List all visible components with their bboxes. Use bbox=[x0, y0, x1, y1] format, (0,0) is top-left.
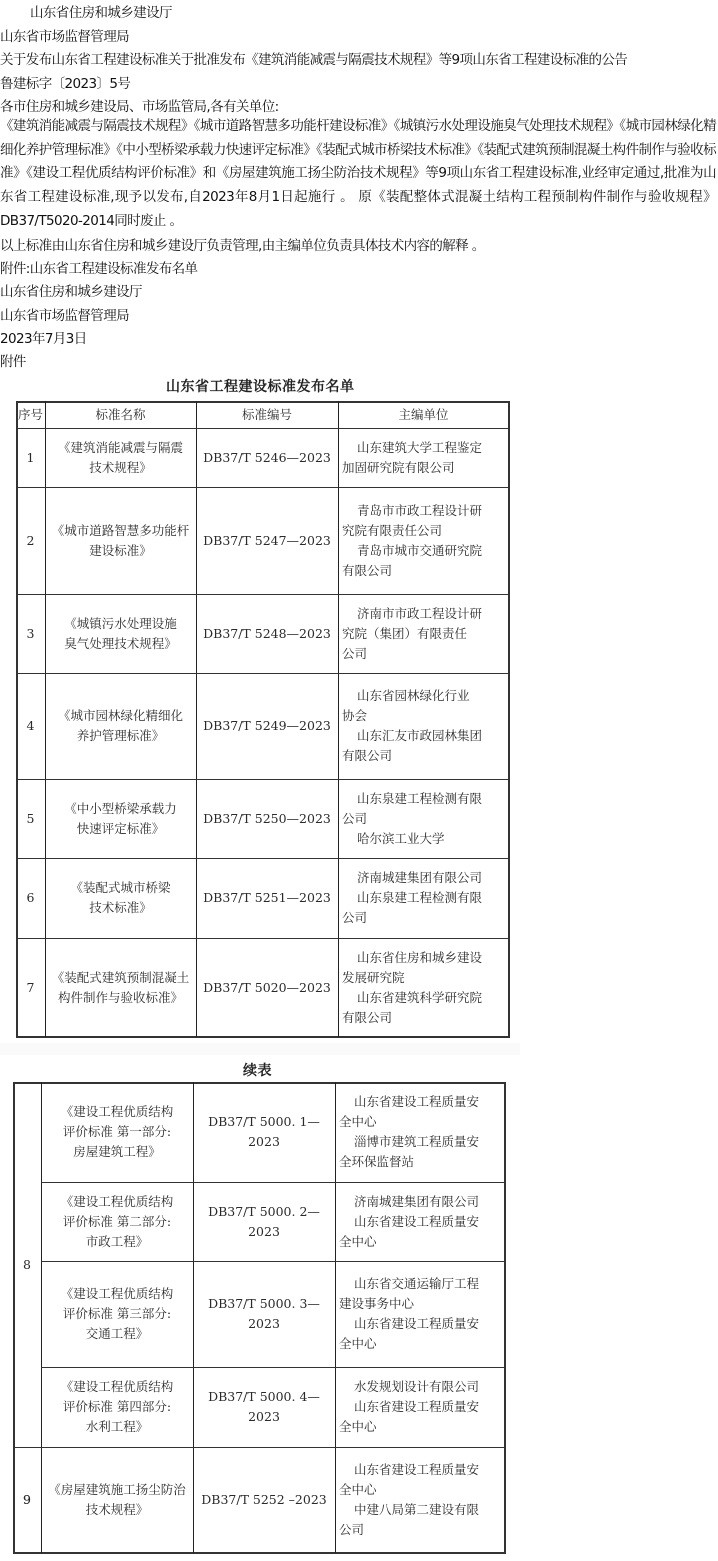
cell-standard-code: DB37/T 5249—2023 bbox=[196, 673, 338, 779]
cell-editor-unit: 山东建筑大学工程鉴定加固研究院有限公司 bbox=[338, 428, 509, 487]
row-divider bbox=[13, 1447, 505, 1448]
org-line: 中建八局第二建设有限 bbox=[339, 1500, 502, 1520]
org-line: 全环保监督站 bbox=[339, 1152, 502, 1172]
org-line: 全中心 bbox=[339, 1334, 502, 1354]
cell-standard-name: 《建设工程优质结构评价标准 第三部分:交通工程》 bbox=[41, 1261, 193, 1367]
cell-standard-name: 《建设工程优质结构评价标准 第一部分:房屋建筑工程》 bbox=[41, 1082, 193, 1182]
org-line: 有限公司 bbox=[342, 1008, 506, 1028]
standard-name-line: 《建设工程优质结构 bbox=[61, 1377, 174, 1397]
org-line: 公司 bbox=[339, 1520, 502, 1540]
standard-name-line: 交通工程》 bbox=[61, 1324, 174, 1344]
issue-date: 2023年7月3日 bbox=[0, 331, 87, 347]
org-line: 加固研究院有限公司 bbox=[342, 458, 506, 478]
cell-standard-code: DB37/T 5246—2023 bbox=[196, 428, 338, 487]
cell-editor-unit: 济南城建集团有限公司山东省建设工程质量安全中心 bbox=[335, 1182, 505, 1261]
org-list: 山东省交通运输厅工程建设事务中心山东省建设工程质量安全中心 bbox=[339, 1274, 502, 1354]
standard-name-line: 建设标准》 bbox=[52, 541, 190, 561]
standard-name-line: 评价标准 第二部分: bbox=[61, 1212, 174, 1232]
org-line: 山东省交通运输厅工程 bbox=[339, 1274, 502, 1294]
org-line: 究院（集团）有限责任 bbox=[342, 624, 506, 644]
cell-editor-unit: 山东省住房和城乡建设发展研究院山东省建筑科学研究院有限公司 bbox=[338, 938, 509, 1037]
cell-number: 2 bbox=[16, 487, 45, 594]
cell-standard-code: DB37/T 5000. 1—2023 bbox=[193, 1082, 335, 1182]
org-list: 济南城建集团有限公司山东省建设工程质量安全中心 bbox=[339, 1192, 502, 1252]
signature-issuer-1: 山东省住房和城乡建设厅 bbox=[0, 284, 142, 300]
standard-name-line: 《建设工程优质结构 bbox=[61, 1192, 174, 1212]
org-list: 山东省园林绿化行业协会山东汇友市政园林集团有限公司 bbox=[342, 686, 506, 766]
standard-name-line: 养护管理标准》 bbox=[58, 726, 183, 746]
table-title: 山东省工程建设标准发布名单 bbox=[166, 376, 355, 396]
cell-editor-unit: 济南市市政工程设计研究院（集团）有限责任公司 bbox=[338, 594, 509, 673]
org-line: 全中心 bbox=[339, 1232, 502, 1252]
org-line: 公司 bbox=[342, 644, 506, 664]
standard-name-line: 《建筑消能减震与隔震 bbox=[58, 438, 183, 458]
standard-name-line: 《装配式建筑预制混凝土 bbox=[52, 968, 190, 988]
cell-number: 3 bbox=[16, 594, 45, 673]
cell-standard-code: DB37/T 5000. 4—2023 bbox=[193, 1367, 335, 1447]
standard-name-line: 房屋建筑工程》 bbox=[61, 1142, 174, 1162]
cell-number: 4 bbox=[16, 673, 45, 779]
cell-editor-unit: 水发规划设计有限公司山东省建设工程质量安全中心 bbox=[335, 1367, 505, 1447]
org-line: 有限公司 bbox=[342, 561, 506, 581]
cell-standard-code: DB37/T 5020—2023 bbox=[196, 938, 338, 1037]
cell-standard-code: DB37/T 5000. 3—2023 bbox=[193, 1261, 335, 1367]
org-line: 山东泉建工程检测有限 bbox=[342, 888, 506, 908]
cell-number: 1 bbox=[16, 428, 45, 487]
org-line: 发展研究院 bbox=[342, 968, 506, 988]
cell-standard-code: DB37/T 5252 –2023 bbox=[193, 1447, 335, 1553]
standard-name-line: 《装配式城市桥梁 bbox=[70, 878, 170, 898]
cell-number-merged: 8 bbox=[13, 1082, 41, 1447]
cell-standard-name: 《建设工程优质结构评价标准 第四部分:水利工程》 bbox=[41, 1367, 193, 1447]
org-line: 公司 bbox=[342, 908, 506, 928]
cell-editor-unit: 济南城建集团有限公司山东泉建工程检测有限公司 bbox=[338, 858, 509, 938]
org-list: 山东省建设工程质量安全中心淄博市建筑工程质量安全环保监督站 bbox=[339, 1092, 502, 1172]
org-line: 协会 bbox=[342, 706, 506, 726]
salutation: 各市住房和城乡建设局、市场监管局,各有关单位: bbox=[0, 99, 279, 115]
org-list: 山东省住房和城乡建设发展研究院山东省建筑科学研究院有限公司 bbox=[342, 948, 506, 1028]
standard-name-line: 评价标准 第一部分: bbox=[61, 1122, 174, 1142]
standard-name-line: 市政工程》 bbox=[61, 1232, 174, 1252]
org-line: 山东省园林绿化行业 bbox=[342, 686, 506, 706]
org-line: 全中心 bbox=[339, 1112, 502, 1132]
cell-editor-unit: 山东省园林绿化行业协会山东汇友市政园林集团有限公司 bbox=[338, 673, 509, 779]
org-line: 山东省建设工程质量安 bbox=[339, 1092, 502, 1112]
cell-editor-unit: 山东省建设工程质量安全中心淄博市建筑工程质量安全环保监督站 bbox=[335, 1082, 505, 1182]
org-line: 济南市市政工程设计研 bbox=[342, 604, 506, 624]
standard-name-line: 臭气处理技术规程》 bbox=[64, 634, 177, 654]
cell-standard-name: 《装配式建筑预制混凝土构件制作与验收标准》 bbox=[45, 938, 196, 1037]
org-line: 全中心 bbox=[339, 1417, 502, 1437]
table-header-cell: 主编单位 bbox=[338, 401, 509, 428]
table-header-cell: 序号 bbox=[16, 401, 45, 428]
management-paragraph: 以上标准由山东省住房和城乡建设厅负责管理,由主编单位负责具体技术内容的解释 。 bbox=[0, 238, 485, 254]
cell-standard-name: 《城市园林绿化精细化养护管理标准》 bbox=[45, 673, 196, 779]
cell-editor-unit: 青岛市市政工程设计研究院有限责任公司青岛市城市交通研究院有限公司 bbox=[338, 487, 509, 594]
org-line: 有限公司 bbox=[342, 746, 506, 766]
cell-standard-name: 《装配式城市桥梁技术标准》 bbox=[45, 858, 196, 938]
org-line: 建设事务中心 bbox=[339, 1294, 502, 1314]
signature-issuer-2: 山东省市场监督管理局 bbox=[0, 308, 129, 324]
page-separator bbox=[0, 1043, 520, 1055]
standard-name-line: 《建设工程优质结构 bbox=[61, 1102, 174, 1122]
standard-name-line: 快速评定标准》 bbox=[64, 819, 177, 839]
org-line: 山东汇友市政园林集团 bbox=[342, 726, 506, 746]
cell-number: 7 bbox=[16, 938, 45, 1037]
org-list: 山东省建设工程质量安全中心中建八局第二建设有限公司 bbox=[339, 1460, 502, 1540]
cell-editor-unit: 山东泉建工程检测有限公司哈尔滨工业大学 bbox=[338, 779, 509, 858]
standard-name-line: 《城镇污水处理设施 bbox=[64, 614, 177, 634]
org-line: 全中心 bbox=[339, 1480, 502, 1500]
org-line: 哈尔滨工业大学 bbox=[342, 829, 506, 849]
standard-name-line: 《房屋建筑施工扬尘防治 bbox=[48, 1480, 186, 1500]
org-line: 水发规划设计有限公司 bbox=[339, 1377, 502, 1397]
table-header-cell: 标准名称 bbox=[45, 401, 196, 428]
org-line: 山东建筑大学工程鉴定 bbox=[342, 438, 506, 458]
org-line: 山东省建设工程质量安 bbox=[339, 1397, 502, 1417]
org-list: 济南市市政工程设计研究院（集团）有限责任公司 bbox=[342, 604, 506, 664]
standard-name-line: 《城市道路智慧多功能杆 bbox=[52, 521, 190, 541]
org-line: 淄博市建筑工程质量安 bbox=[339, 1132, 502, 1152]
cell-standard-code: DB37/T 5247—2023 bbox=[196, 487, 338, 594]
org-line: 山东省建设工程质量安 bbox=[339, 1212, 502, 1232]
standard-name-line: 技术标准》 bbox=[70, 898, 170, 918]
org-list: 水发规划设计有限公司山东省建设工程质量安全中心 bbox=[339, 1377, 502, 1437]
announcement-body-paragraph: 《建筑消能减震与隔震技术规程》《城市道路智慧多功能杆建设标准》《城镇污水处理设施… bbox=[0, 115, 716, 234]
standard-name-line: 水利工程》 bbox=[61, 1417, 174, 1437]
standard-name-line: 评价标准 第三部分: bbox=[61, 1304, 174, 1324]
cell-standard-code: DB37/T 5000. 2—2023 bbox=[193, 1182, 335, 1261]
cell-standard-name: 《建筑消能减震与隔震技术规程》 bbox=[45, 428, 196, 487]
org-line: 山东省建设工程质量安 bbox=[339, 1314, 502, 1334]
org-line: 公司 bbox=[342, 809, 506, 829]
cell-number: 6 bbox=[16, 858, 45, 938]
org-list: 济南城建集团有限公司山东泉建工程检测有限公司 bbox=[342, 868, 506, 928]
cell-standard-code: DB37/T 5250—2023 bbox=[196, 779, 338, 858]
cell-standard-name: 《中小型桥梁承载力快速评定标准》 bbox=[45, 779, 196, 858]
document-number: 鲁建标字〔2023〕5号 bbox=[0, 76, 130, 92]
cell-number: 9 bbox=[13, 1447, 41, 1553]
org-line: 山东省住房和城乡建设 bbox=[342, 948, 506, 968]
cell-standard-name: 《城镇污水处理设施臭气处理技术规程》 bbox=[45, 594, 196, 673]
continued-table-title: 续表 bbox=[243, 1060, 272, 1080]
org-list: 青岛市市政工程设计研究院有限责任公司青岛市城市交通研究院有限公司 bbox=[342, 501, 506, 581]
cell-editor-unit: 山东省交通运输厅工程建设事务中心山东省建设工程质量安全中心 bbox=[335, 1261, 505, 1367]
announcement-title: 关于发布山东省工程建设标准关于批准发布《建筑消能减震与隔震技术规程》等9项山东省… bbox=[0, 52, 627, 68]
org-line: 济南城建集团有限公司 bbox=[339, 1192, 502, 1212]
cell-standard-name: 《房屋建筑施工扬尘防治技术规程》 bbox=[41, 1447, 193, 1553]
cell-standard-name: 《建设工程优质结构评价标准 第二部分:市政工程》 bbox=[41, 1182, 193, 1261]
org-line: 青岛市城市交通研究院 bbox=[342, 541, 506, 561]
org-list: 山东建筑大学工程鉴定加固研究院有限公司 bbox=[342, 438, 506, 478]
org-line: 青岛市市政工程设计研 bbox=[342, 501, 506, 521]
cell-standard-name: 《城市道路智慧多功能杆建设标准》 bbox=[45, 487, 196, 594]
org-line: 山东省建设工程质量安 bbox=[339, 1460, 502, 1480]
org-line: 山东省建筑科学研究院 bbox=[342, 988, 506, 1008]
standard-name-line: 评价标准 第四部分: bbox=[61, 1397, 174, 1417]
standard-name-line: 《建设工程优质结构 bbox=[61, 1284, 174, 1304]
attachment-label: 附件 bbox=[0, 354, 26, 370]
table-header-cell: 标准编号 bbox=[196, 401, 338, 428]
cell-editor-unit: 山东省建设工程质量安全中心中建八局第二建设有限公司 bbox=[335, 1447, 505, 1553]
org-line: 究院有限责任公司 bbox=[342, 521, 506, 541]
standard-name-line: 构件制作与验收标准》 bbox=[52, 988, 190, 1008]
standard-name-line: 《中小型桥梁承载力 bbox=[64, 799, 177, 819]
org-list: 山东泉建工程检测有限公司哈尔滨工业大学 bbox=[342, 789, 506, 849]
cell-standard-code: DB37/T 5251—2023 bbox=[196, 858, 338, 938]
issuer-line-1: 山东省住房和城乡建设厅 bbox=[30, 5, 172, 21]
attachment-reference: 附件:山东省工程建设标准发布名单 bbox=[0, 261, 197, 277]
standard-name-line: 技术规程》 bbox=[58, 458, 183, 478]
standard-name-line: 《城市园林绿化精细化 bbox=[58, 706, 183, 726]
cell-number: 5 bbox=[16, 779, 45, 858]
standard-name-line: 技术规程》 bbox=[48, 1500, 186, 1520]
org-line: 山东泉建工程检测有限 bbox=[342, 789, 506, 809]
org-line: 济南城建集团有限公司 bbox=[342, 868, 506, 888]
issuer-line-2: 山东省市场监督管理局 bbox=[0, 29, 129, 45]
cell-standard-code: DB37/T 5248—2023 bbox=[196, 594, 338, 673]
